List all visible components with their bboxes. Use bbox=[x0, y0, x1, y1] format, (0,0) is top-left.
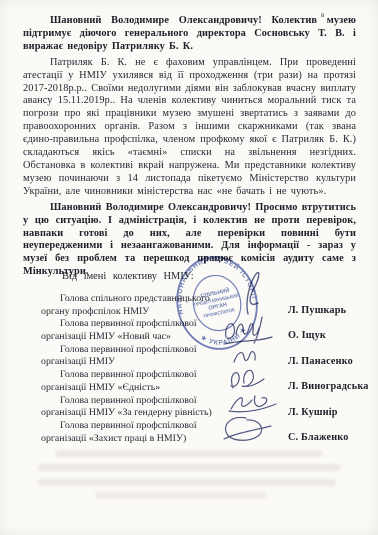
signer-name: О. Іщук bbox=[288, 330, 326, 341]
bleed-through-line bbox=[55, 450, 323, 457]
signer-name: Л. Кушнір bbox=[288, 407, 338, 418]
bleed-through-line bbox=[38, 464, 341, 471]
signature-scribble-blazhenko bbox=[218, 413, 274, 445]
signer-name: Л. Панасенко bbox=[288, 356, 353, 367]
signer-title: Голова первинної профспілкової bbox=[41, 369, 356, 382]
letter-body: Шановний Володимире Олександровичу! Коле… bbox=[23, 15, 356, 282]
signer-row: Голова первинної профспілкової організац… bbox=[41, 395, 356, 420]
signature-scribble-ishchuk bbox=[220, 313, 276, 349]
signer-name: Л. Виноградська bbox=[288, 381, 369, 392]
signer-title: Голова первинної профспілкової bbox=[41, 420, 356, 433]
letter-page: Шановний Володимире Олександровичу! Коле… bbox=[0, 0, 378, 535]
paragraph-complaint: Патриляк Б. К. не є фаховим управлінцем.… bbox=[23, 57, 356, 199]
handwritten-insertion-mark: в bbox=[321, 11, 324, 19]
paragraph-greeting: Шановний Володимире Олександровичу! Коле… bbox=[23, 15, 356, 54]
signer-title: Голова первинної профспілкової bbox=[41, 395, 356, 408]
signer-name: Л. Пушкарь bbox=[288, 305, 346, 316]
signature-scribble-pushkar bbox=[240, 270, 268, 316]
bleed-through-line bbox=[95, 492, 267, 499]
signer-row: Голова первинної профспілкової організац… bbox=[41, 369, 356, 394]
signature-scribble-panasenko bbox=[231, 348, 259, 366]
signer-name: С. Блаженко bbox=[288, 432, 349, 443]
signer-row: Голова первинної профспілкової організац… bbox=[41, 420, 356, 445]
bleed-through-line bbox=[38, 479, 336, 486]
